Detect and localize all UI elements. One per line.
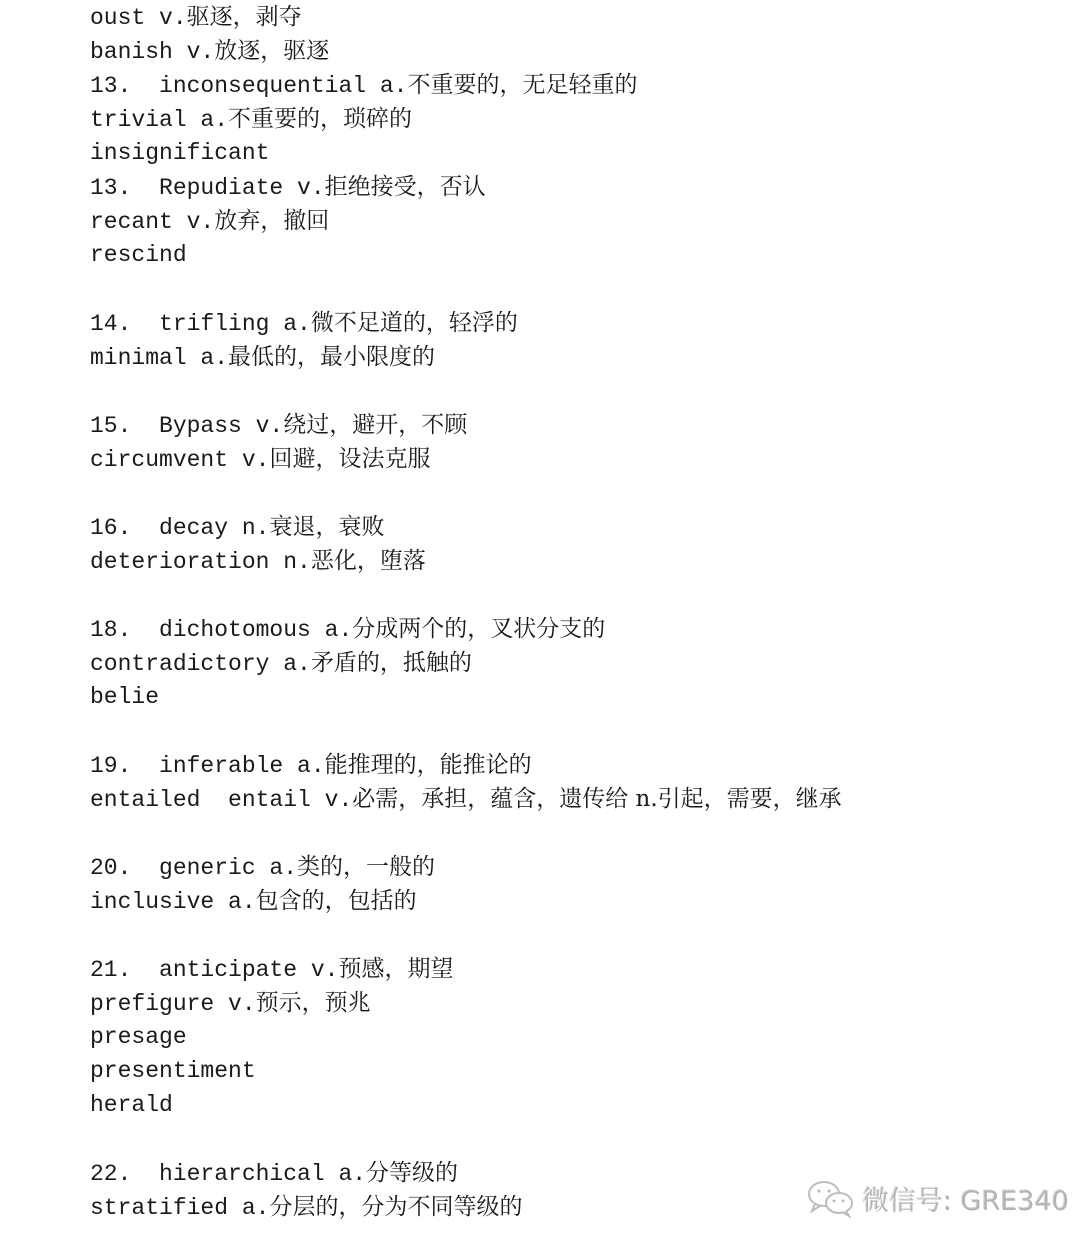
chinese-definition: 包含的，包括的 [256, 888, 417, 914]
blank-line [90, 816, 1050, 850]
chinese-definition: 类的，一般的 [297, 854, 435, 880]
chinese-definition: 预感，期望 [338, 956, 453, 982]
vocab-line: deterioration n.恶化，堕落 [90, 544, 1050, 578]
english-term: stratified a. [90, 1195, 269, 1221]
english-term: deterioration n. [90, 549, 311, 575]
vocab-line: recant v.放弃，撤回 [90, 204, 1050, 238]
english-term: trivial a. [90, 107, 228, 133]
blank-line [90, 1122, 1050, 1156]
english-term: 20. generic a. [90, 855, 297, 881]
vocab-line: 18. dichotomous a.分成两个的，叉状分支的 [90, 612, 1050, 646]
english-term: presage [90, 1024, 187, 1050]
chinese-definition: 分层的，分为不同等级的 [269, 1194, 522, 1220]
chinese-definition: 不重要的，琐碎的 [228, 106, 412, 132]
vocab-line: inclusive a.包含的，包括的 [90, 884, 1050, 918]
chinese-definition: 最低的，最小限度的 [228, 344, 435, 370]
vocab-line: insignificant [90, 136, 1050, 170]
vocab-line: presage [90, 1020, 1050, 1054]
english-term: 19. inferable a. [90, 753, 325, 779]
english-term: 13. inconsequential a. [90, 73, 407, 99]
vocab-line: 14. trifling a.微不足道的，轻浮的 [90, 306, 1050, 340]
chinese-definition: 分成两个的，叉状分支的 [352, 616, 605, 642]
chinese-definition: 能推理的，能推论的 [325, 752, 532, 778]
chinese-definition: 不重要的，无足轻重的 [407, 72, 637, 98]
english-term: belie [90, 684, 159, 710]
chinese-definition: 回避，设法克服 [269, 446, 430, 472]
english-term: 22. hierarchical a. [90, 1161, 366, 1187]
chinese-definition: 驱逐，剥夺 [187, 4, 302, 30]
english-term: rescind [90, 242, 187, 268]
english-term: 18. dichotomous a. [90, 617, 352, 643]
blank-line [90, 714, 1050, 748]
vocab-line: entailed entail v.必需，承担，蕴含，遗传给 n.引起，需要，继… [90, 782, 1050, 816]
watermark-text: 微信号: GRE340 [862, 1179, 1069, 1218]
vocab-line: 13. inconsequential a.不重要的，无足轻重的 [90, 68, 1050, 102]
vocab-line: prefigure v.预示，预兆 [90, 986, 1050, 1020]
chinese-definition: 拒绝接受，否认 [325, 174, 486, 200]
chinese-definition: 矛盾的，抵触的 [311, 650, 472, 676]
english-term: banish v. [90, 39, 214, 65]
vocab-line: oust v.驱逐，剥夺 [90, 0, 1050, 34]
wechat-icon [806, 1178, 856, 1218]
vocab-line: trivial a.不重要的，琐碎的 [90, 102, 1050, 136]
chinese-definition: 预示，预兆 [256, 990, 371, 1016]
english-term: 15. Bypass v. [90, 413, 283, 439]
english-term: prefigure v. [90, 991, 256, 1017]
english-term: circumvent v. [90, 447, 269, 473]
english-term: herald [90, 1092, 173, 1118]
english-term: contradictory a. [90, 651, 311, 677]
chinese-definition: 衰退，衰败 [269, 514, 384, 540]
vocab-line: 21. anticipate v.预感，期望 [90, 952, 1050, 986]
vocab-line: contradictory a.矛盾的，抵触的 [90, 646, 1050, 680]
english-term: 14. trifling a. [90, 311, 311, 337]
vocab-line: 20. generic a.类的，一般的 [90, 850, 1050, 884]
english-term: recant v. [90, 209, 214, 235]
vocab-line: presentiment [90, 1054, 1050, 1088]
watermark: 微信号: GRE340 [806, 1176, 1069, 1220]
chinese-definition: 恶化，堕落 [311, 548, 426, 574]
vocab-line: 16. decay n.衰退，衰败 [90, 510, 1050, 544]
blank-line [90, 918, 1050, 952]
english-term: 21. anticipate v. [90, 957, 338, 983]
blank-line [90, 578, 1050, 612]
vocab-line: belie [90, 680, 1050, 714]
english-term: entailed entail v. [90, 787, 352, 813]
vocab-line: banish v.放逐，驱逐 [90, 34, 1050, 68]
english-term: minimal a. [90, 345, 228, 371]
vocab-line: minimal a.最低的，最小限度的 [90, 340, 1050, 374]
vocab-line: rescind [90, 238, 1050, 272]
english-term: 16. decay n. [90, 515, 269, 541]
english-term: inclusive a. [90, 889, 256, 915]
chinese-definition: 微不足道的，轻浮的 [311, 310, 518, 336]
chinese-definition: 放逐，驱逐 [214, 38, 329, 64]
vocab-line: circumvent v.回避，设法克服 [90, 442, 1050, 476]
blank-line [90, 272, 1050, 306]
vocab-line: 13. Repudiate v.拒绝接受，否认 [90, 170, 1050, 204]
chinese-definition: 放弃，撤回 [214, 208, 329, 234]
vocab-line: 19. inferable a.能推理的，能推论的 [90, 748, 1050, 782]
english-term: presentiment [90, 1058, 256, 1084]
vocab-line: herald [90, 1088, 1050, 1122]
english-term: 13. Repudiate v. [90, 175, 325, 201]
english-term: oust v. [90, 5, 187, 31]
chinese-definition: 必需，承担，蕴含，遗传给 n.引起，需要，继承 [352, 786, 841, 812]
chinese-definition: 绕过，避开，不顾 [283, 412, 467, 438]
blank-line [90, 476, 1050, 510]
chinese-definition: 分等级的 [366, 1160, 458, 1186]
vocabulary-document: oust v.驱逐，剥夺banish v.放逐，驱逐13. inconseque… [90, 0, 1050, 1224]
english-term: insignificant [90, 140, 269, 166]
vocab-line: 15. Bypass v.绕过，避开，不顾 [90, 408, 1050, 442]
blank-line [90, 374, 1050, 408]
